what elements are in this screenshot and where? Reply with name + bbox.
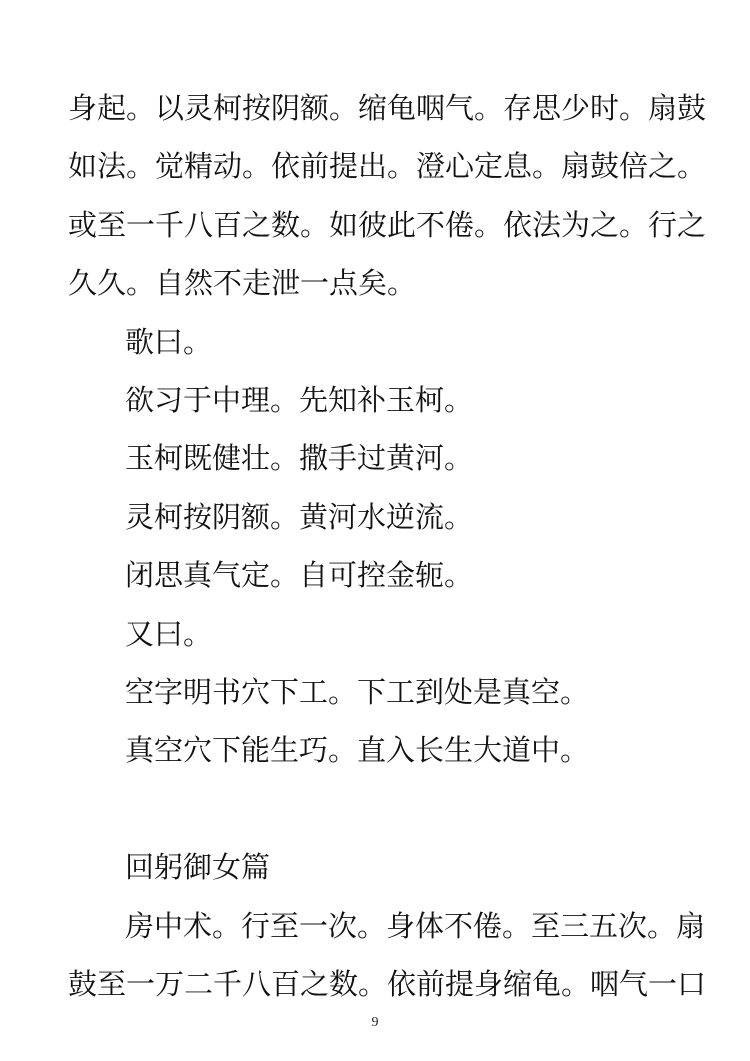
- verse-line: 真空穴下能生巧。直入长生大道中。: [125, 733, 589, 767]
- paragraph-line: 房中术。行至一次。身体不倦。至三五次。扇: [125, 909, 705, 943]
- paragraph-line: 如法。觉精动。依前提出。澄心定息。扇鼓倍之。: [68, 149, 706, 183]
- verse-line: 空字明书穴下工。下工到处是真空。: [125, 675, 589, 709]
- paragraph-line: 久久。自然不走泄一点矣。: [68, 266, 416, 300]
- paragraph-line: 鼓至一万二千八百之数。依前提身缩龟。咽气一口: [68, 967, 706, 1001]
- section-title: 回躬御女篇: [125, 850, 270, 884]
- verse-line: 灵柯按阴额。黄河水逆流。: [125, 500, 473, 534]
- verse-line: 玉柯既健壮。撒手过黄河。: [125, 441, 473, 475]
- document-page: 身起。以灵柯按阴额。缩龟咽气。存思少时。扇鼓 如法。觉精动。依前提出。澄心定息。…: [0, 0, 750, 1061]
- verse-line: 闭思真气定。自可控金轭。: [125, 558, 473, 592]
- second-intro: 又曰。: [125, 617, 212, 651]
- paragraph-line: 身起。以灵柯按阴额。缩龟咽气。存思少时。扇鼓: [68, 91, 706, 125]
- paragraph-line: 或至一千八百之数。如彼此不倦。依法为之。行之: [68, 208, 706, 242]
- page-number: 9: [0, 1015, 750, 1031]
- song-intro: 歌曰。: [125, 325, 212, 359]
- verse-line: 欲习于中理。先知补玉柯。: [125, 383, 473, 417]
